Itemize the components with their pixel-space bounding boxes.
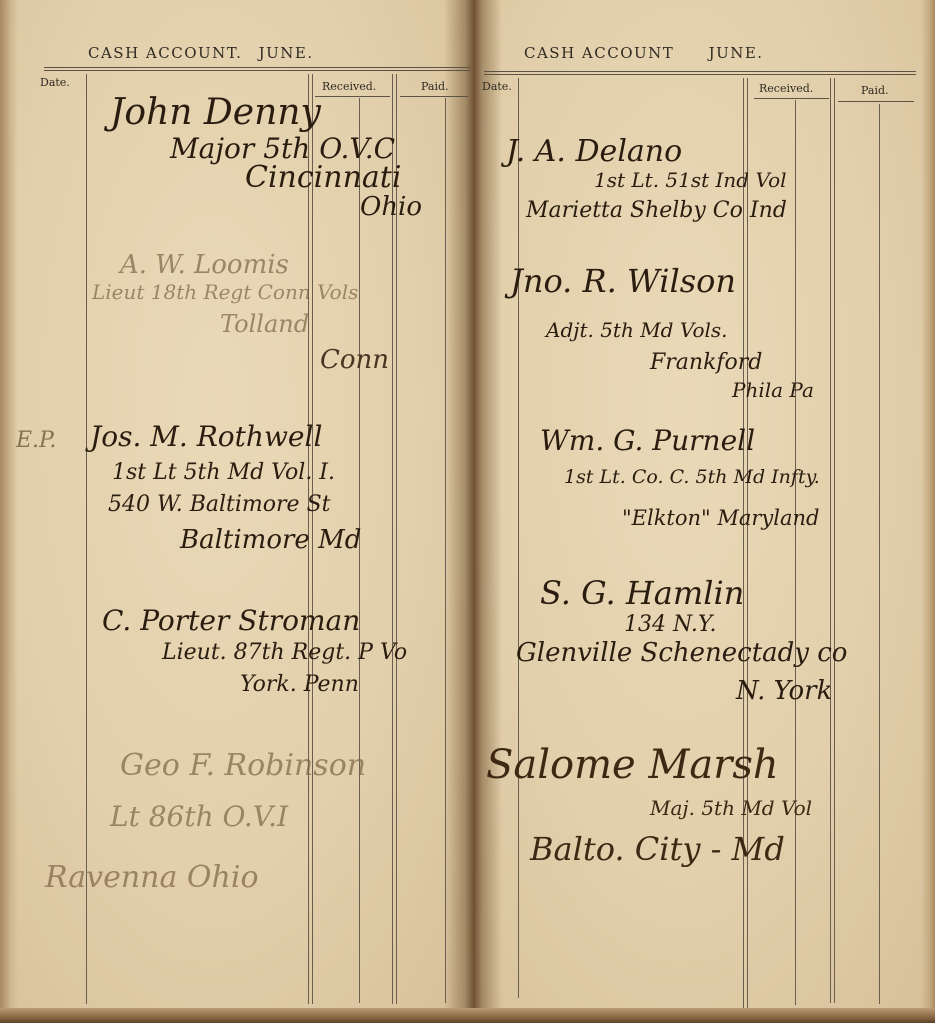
page-edge	[0, 0, 18, 1012]
header-rule	[484, 74, 916, 75]
paid-column-line	[830, 78, 831, 1003]
signature-line: 1st Lt. Co. C. 5th Md Infty.	[564, 466, 820, 488]
signature-line: Lt 86th O.V.I	[110, 800, 288, 833]
signature-name: Jno. R. Wilson	[510, 262, 736, 300]
column-header-date: Date.	[40, 76, 70, 89]
title-text: CASH ACCOUNT.	[88, 44, 242, 62]
paid-underline	[400, 96, 468, 97]
signature-line: Lieut. 87th Regt. P Vo	[162, 640, 407, 665]
signature-line: Tolland	[220, 310, 309, 338]
signature-name: S. G. Hamlin	[540, 574, 744, 612]
header-rule	[44, 67, 470, 68]
signature-line: 134 N.Y.	[624, 612, 717, 637]
book-gutter-shadow	[474, 0, 502, 1012]
column-header-paid: Paid.	[421, 80, 449, 93]
signature-line: Balto. City - Md	[530, 830, 785, 868]
signature-name: Salome Marsh	[486, 742, 779, 788]
signature-line: Glenville Schenectady co	[516, 638, 847, 668]
left-page: CASH ACCOUNT. JUNE. Date. Received. Paid…	[0, 0, 474, 1012]
signature-line: Ravenna Ohio	[45, 860, 259, 895]
signature-line: Lieut 18th Regt Conn Vols	[92, 280, 358, 304]
paid-cents-line	[879, 104, 880, 1004]
paid-column-line	[834, 78, 835, 1003]
title-month: JUNE.	[709, 44, 764, 62]
signature-line: Baltimore Md	[180, 525, 361, 555]
signature-line: 1st Lt 5th Md Vol. I.	[112, 460, 335, 485]
signature-line: N. York	[736, 676, 832, 706]
header-rule	[484, 71, 916, 72]
signature-name: Geo F. Robinson	[120, 748, 366, 783]
signature-name: C. Porter Stroman	[102, 604, 360, 637]
column-header-date: Date.	[482, 80, 512, 93]
signature-line: 540 W. Baltimore St	[108, 492, 330, 517]
right-page: CASH ACCOUNT JUNE. Date. Received. Paid.…	[474, 0, 935, 1012]
signature-line: Maj. 5th Md Vol	[650, 796, 812, 820]
page-title: CASH ACCOUNT JUNE.	[524, 44, 764, 62]
margin-note: E.P.	[16, 428, 56, 453]
received-underline	[315, 96, 390, 97]
title-text: CASH ACCOUNT	[524, 44, 674, 62]
paid-cents-line	[445, 98, 446, 1003]
signature-line: 1st Lt. 51st Ind Vol	[594, 168, 787, 192]
header-rule	[44, 70, 470, 71]
signature-name: Wm. G. Purnell	[540, 424, 755, 457]
signature-line: Ohio	[360, 192, 422, 222]
page-title: CASH ACCOUNT. JUNE.	[88, 44, 314, 62]
signature-line: York. Penn	[240, 672, 359, 697]
received-underline	[754, 98, 829, 99]
column-header-received: Received.	[759, 82, 813, 95]
signature-line: Cincinnati	[245, 160, 401, 195]
signature-line: Conn	[320, 345, 389, 375]
received-cents-line	[795, 100, 796, 1005]
signature-line: Adjt. 5th Md Vols.	[546, 318, 728, 342]
signature-name: A. W. Loomis	[120, 250, 289, 280]
signature-name: J. A. Delano	[506, 134, 682, 169]
column-header-paid: Paid.	[861, 84, 889, 97]
title-month: JUNE.	[259, 44, 314, 62]
column-header-received: Received.	[322, 80, 376, 93]
date-column-line	[518, 78, 519, 998]
book-bottom-edge	[0, 1008, 935, 1023]
signature-line: Phila Pa	[732, 378, 814, 402]
signature-name: Jos. M. Rothwell	[90, 420, 322, 453]
signature-line: "Elkton" Maryland	[622, 506, 820, 530]
ledger-book: CASH ACCOUNT. JUNE. Date. Received. Paid…	[0, 0, 935, 1023]
signature-line: Frankford	[650, 350, 762, 375]
signature-name: John Denny	[110, 92, 321, 133]
paid-underline	[838, 101, 914, 102]
signature-line: Marietta Shelby Co Ind	[526, 198, 787, 223]
book-gutter-shadow	[444, 0, 474, 1012]
page-edge	[921, 0, 935, 1012]
